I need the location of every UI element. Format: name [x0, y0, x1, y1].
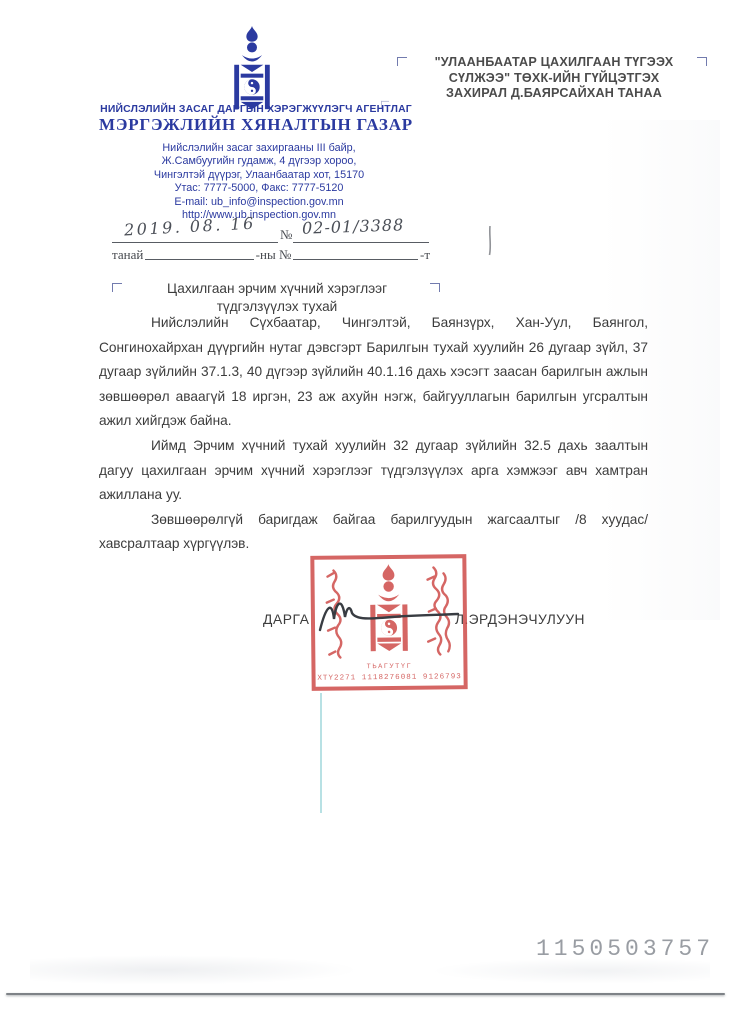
scanned-letter-page: НИЙСЛЭЛИЙН ЗАСАГ ДАРГЫН ХЭРЭГЖҮҮЛЭГЧ АГЕ… [0, 0, 731, 1024]
stamp-label: ТЬАГУТҮГ [367, 663, 413, 671]
corner-bracket-icon [381, 101, 389, 108]
letterhead-address: Нийслэлийн засаг захиргааны III байр, Ж.… [88, 142, 430, 222]
corner-bracket-icon [112, 283, 122, 292]
date-underline [112, 242, 278, 243]
your-ref-prefix: танай [112, 247, 143, 263]
address-line: Утас: 7777-5000, Факс: 7777-5120 [88, 182, 430, 195]
number-underline [293, 242, 429, 243]
your-ref-middle: -ны № [256, 247, 292, 263]
blank-line [293, 259, 418, 260]
recipient-line: "УЛААНБААТАР ЦАХИЛГААН ТҮГЭЭХ [404, 55, 704, 71]
recipient-line: ЗАХИРАЛ Д.БАЯРСАЙХАН ТАНАА [404, 86, 704, 102]
stamp-registration-number: ХТҮ2271 1118276081 9126793 [317, 673, 462, 683]
address-line: Ж.Самбуугийн гудамж, 4 дүгээр хороо, [88, 155, 430, 168]
stray-pen-mark [486, 226, 494, 261]
address-line: Нийслэлийн засаг захиргааны III байр, [88, 142, 430, 155]
subject-line: Цахилгаан эрчим хүчний хэрэглээг [128, 280, 426, 298]
subject-block: Цахилгаан эрчим хүчний хэрэглээг түдгэлз… [128, 280, 426, 315]
blank-line [145, 259, 253, 260]
corner-bracket-icon [430, 283, 440, 292]
body-paragraph: Нийслэлийн Сүхбаатар, Чингэлтэй, Баянзүр… [99, 311, 648, 434]
letter-body: Нийслэлийн Сүхбаатар, Чингэлтэй, Баянзүр… [99, 311, 648, 557]
scan-noise [30, 955, 360, 985]
your-reference-line: танай -ны № -т [112, 247, 430, 263]
fold-crease-line [320, 693, 322, 813]
recipient-line: СҮЛЖЭЭ" ТӨХК-ИЙН ГҮЙЦЭТГЭХ [404, 71, 704, 87]
serial-number: 1150503757 [536, 936, 714, 962]
address-line: E-mail: ub_info@inspection.gov.mn [88, 196, 430, 209]
number-sign: № [280, 227, 292, 243]
body-paragraph: Иймд Эрчим хүчний тухай хуулийн 32 дугаа… [99, 434, 648, 508]
address-line: Чингэлтэй дүүрэг, Улаанбаатар хот, 15170 [88, 169, 430, 182]
organization-name: МЭРГЭЖЛИЙН ХЯНАЛТЫН ГАЗАР [88, 115, 424, 135]
handwritten-document-number: 02-01/3388 [302, 215, 405, 238]
recipient-block: "УЛААНБААТАР ЦАХИЛГААН ТҮГЭЭХ СҮЛЖЭЭ" ТӨ… [404, 55, 704, 102]
handwritten-signature [312, 592, 467, 647]
body-paragraph: Зөвшөөрөлгүй баригдаж байгаа барилгуудын… [99, 508, 648, 557]
your-ref-suffix: -т [420, 247, 430, 263]
soyombo-logo-icon [226, 26, 278, 115]
signer-name: Л.ЭРДЭНЭЧУЛУУН [455, 612, 585, 627]
agency-line: НИЙСЛЭЛИЙН ЗАСАГ ДАРГЫН ХЭРЭГЖҮҮЛЭГЧ АГЕ… [88, 104, 424, 115]
signer-title: ДАРГА [263, 612, 310, 627]
scan-edge-line [6, 993, 725, 995]
